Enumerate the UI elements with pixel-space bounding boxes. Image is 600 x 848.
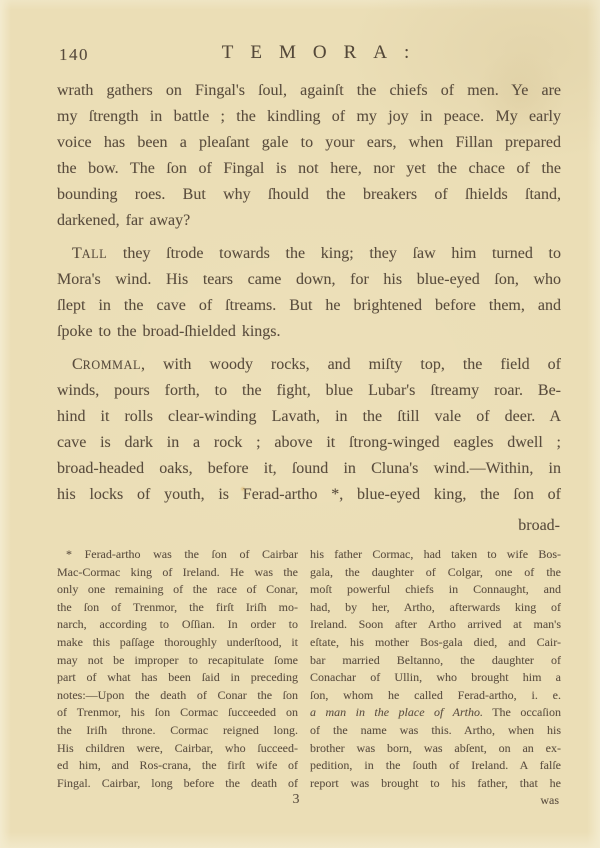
- text-line: make this paſſage thoroughly underſtood,…: [57, 634, 298, 652]
- text-line: report was brought to his father, that h…: [310, 775, 561, 793]
- text-line: Mac-Cormac king of Ireland. He was the: [57, 564, 298, 582]
- text-line: had, by her, Artho, afterwards king of: [310, 599, 561, 617]
- text-line: bar married Beltanno, the daughter of: [310, 652, 561, 670]
- text-line: eſtate, his mother Bos-gala died, and Ca…: [310, 634, 561, 652]
- text-line: voice has been a pleaſant gale to your e…: [57, 130, 561, 156]
- text-line: the ſon of Trenmor, the firſt Iriſh mo-: [57, 599, 298, 617]
- catchword: broad-: [57, 515, 561, 537]
- text-line: brother was born, was abſent, on an ex-: [310, 740, 561, 758]
- running-title: TEMORA:: [57, 42, 561, 64]
- text-line: His children were, Cairbar, who ſucceed-: [57, 740, 298, 758]
- text-line: bounding roes. But why ſhould the breake…: [57, 182, 561, 208]
- text-line: * Ferad-artho was the ſon of Cairbar: [57, 546, 298, 564]
- paragraph: TALL they ſtrode towards the king; they …: [57, 241, 561, 345]
- paragraph: wrath gathers on Fingal's ſoul, againſt …: [57, 78, 561, 234]
- text-line: Ireland. Soon after Artho arrived at man…: [310, 616, 561, 634]
- text-line: the Iriſh throne. Cormac reigned long.: [57, 722, 298, 740]
- text-line: ſpoke to the broad-ſhielded kings.: [57, 319, 561, 345]
- text-line: wrath gathers on Fingal's ſoul, againſt …: [57, 78, 561, 104]
- text-line: of Trenmor, his ſon Cormac ſucceeded on: [57, 704, 298, 722]
- text-line: cave is dark in a rock ; above it ſtrong…: [57, 430, 561, 456]
- text-line: his locks of youth, is Ferad-artho *, bl…: [57, 482, 561, 508]
- text-line: TALL they ſtrode towards the king; they …: [57, 241, 561, 267]
- page-header: 140 TEMORA:: [57, 42, 561, 68]
- book-page-scan: 140 TEMORA: wrath gathers on Fingal's ſo…: [0, 0, 600, 848]
- paragraph: CROMMAL, with woody rocks, and miſty top…: [57, 352, 561, 508]
- text-line: ſon, whom he called Ferad-artho, i. e.: [310, 687, 561, 705]
- text-line: notes:—Upon the death of Conar the ſon: [57, 687, 298, 705]
- page-content: 140 TEMORA: wrath gathers on Fingal's ſo…: [57, 42, 561, 808]
- text-line: ſlept in the cave of ſtreams. But he bri…: [57, 293, 561, 319]
- text-line: CROMMAL, with woody rocks, and miſty top…: [57, 352, 561, 378]
- body-text: wrath gathers on Fingal's ſoul, againſt …: [57, 78, 561, 508]
- text-line: moſt powerful chiefs in Connaught, and: [310, 581, 561, 599]
- text-line: pedition, in the ſouth of Ireland. A fal…: [310, 757, 561, 775]
- text-line: hind it rolls clear-winding Lavath, in t…: [57, 404, 561, 430]
- text-line: a man in the place of Artho. The occaſio…: [310, 704, 561, 722]
- footnote-column-left: * Ferad-artho was the ſon of CairbarMac-…: [57, 546, 298, 808]
- text-line: darkened, far away?: [57, 208, 561, 234]
- text-line: my ſtrength in battle ; the kindling of …: [57, 104, 561, 130]
- text-line: broad-headed oaks, before it, ſound in C…: [57, 456, 561, 482]
- signature-mark: 3: [0, 792, 592, 808]
- text-line: of the name was this. Artho, when his: [310, 722, 561, 740]
- text-line: narch, according to Oſſian. In order to: [57, 616, 298, 634]
- text-line: may not be improper to recapitulate ſome: [57, 652, 298, 670]
- text-line: his father Cormac, had taken to wife Bos…: [310, 546, 561, 564]
- text-line: only one remaining of the race of Conar,: [57, 581, 298, 599]
- text-line: Conachar of Ullin, who brought him a: [310, 669, 561, 687]
- text-line: Fingal. Cairbar, long before the death o…: [57, 775, 298, 793]
- footnote: * Ferad-artho was the ſon of CairbarMac-…: [57, 546, 561, 808]
- text-line: ed him, and Ros-crana, the firſt wife of: [57, 757, 298, 775]
- text-line: winds, pours forth, to the fight, blue L…: [57, 378, 561, 404]
- footnote-column-right-lines: his father Cormac, had taken to wife Bos…: [310, 546, 561, 792]
- text-line: Mora's wind. His tears came down, for hi…: [57, 267, 561, 293]
- text-line: the bow. The ſon of Fingal is not here, …: [57, 156, 561, 182]
- text-line: part of what has been ſaid in preceding: [57, 669, 298, 687]
- text-line: gala, the daughter of Colgar, one of the: [310, 564, 561, 582]
- footnote-column-right: his father Cormac, had taken to wife Bos…: [310, 546, 561, 808]
